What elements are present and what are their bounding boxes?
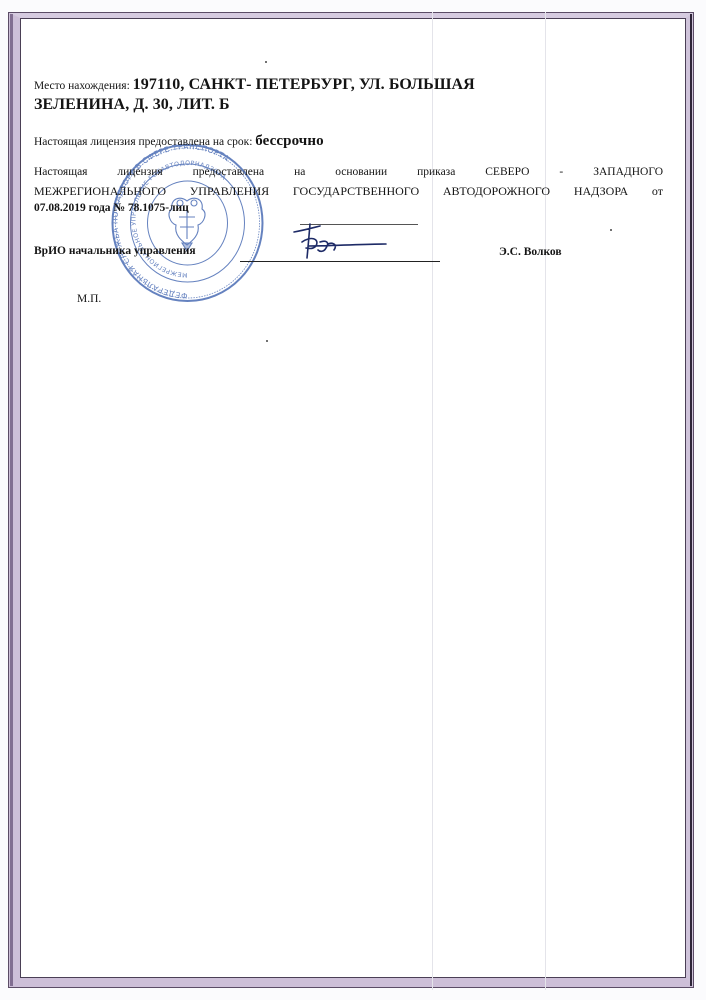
fold-line — [545, 12, 546, 990]
location-value: 197110, САНКТ- ПЕТЕРБУРГ, УЛ. БОЛЬШАЯ — [133, 76, 475, 93]
order-number: 78.1075-лиц — [128, 202, 189, 214]
scan-speck — [610, 229, 612, 231]
signature-icon — [280, 222, 400, 262]
order-line: 07.08.2019 года № 78.1075-лиц — [34, 199, 189, 218]
term-line: Настоящая лицензия предоставлена на срок… — [34, 132, 324, 152]
scan-speck — [266, 340, 268, 342]
fold-line — [432, 12, 433, 990]
scan-speck — [265, 61, 267, 63]
order-mid: года № — [89, 202, 125, 214]
signatory-name: Э.С. Волков — [499, 243, 562, 262]
seal-place-label: М.П. — [77, 290, 101, 309]
location-line-1: Место нахождения: 197110, САНКТ- ПЕТЕРБУ… — [34, 75, 475, 96]
signatory-position: ВрИО начальника управления — [34, 242, 196, 261]
location-line-2: ЗЕЛЕНИНА, Д. 30, ЛИТ. Б — [34, 95, 230, 114]
term-label: Настоящая лицензия предоставлена на срок… — [34, 136, 252, 148]
location-label: Место нахождения: — [34, 80, 130, 92]
term-value: бессрочно — [255, 133, 323, 149]
basis-line-1: Настоящая лицензия предоставлена на осно… — [34, 163, 663, 182]
order-date: 07.08.2019 — [34, 202, 86, 214]
